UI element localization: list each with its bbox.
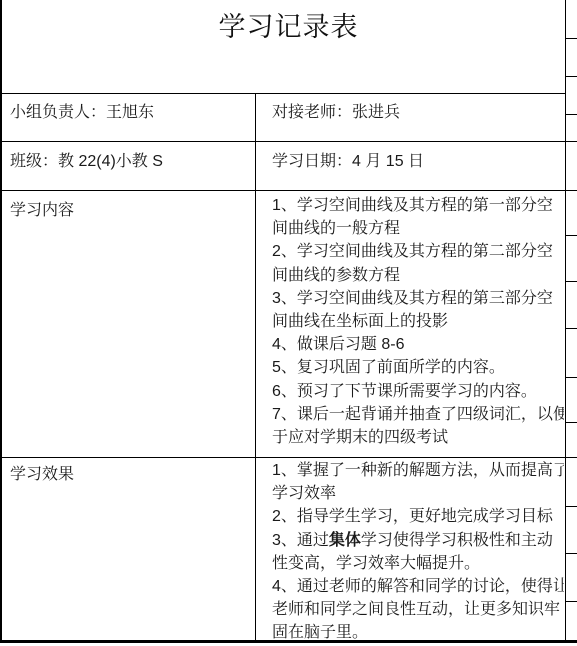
effect-cell: 1、掌握了一种新的解题方法，从而提高了 学习效率 2、指导学生学习，更好地完成学… <box>272 459 564 644</box>
content-line: 1、学习空间曲线及其方程的第一部分空 <box>272 194 564 217</box>
table-border-left <box>0 0 2 643</box>
row-divider-1 <box>0 141 577 142</box>
adjacent-row-tick <box>566 281 577 282</box>
adjacent-row-tick <box>566 377 577 378</box>
page-title: 学习记录表 <box>0 5 577 44</box>
adjacent-row-tick <box>566 601 577 602</box>
effect-line-suffix: 学习使得学习积极性和主动 <box>361 532 553 549</box>
adjacent-row-tick <box>566 38 577 39</box>
study-record-document: 学习记录表 小组负责人：王旭东 对接老师：张进兵 班级：教 22(4)小教 S … <box>0 0 577 646</box>
cell-class: 班级：教 22(4)小教 S <box>10 148 163 171</box>
adjacent-row-tick <box>566 422 577 423</box>
content-line: 间曲线的一般方程 <box>272 217 564 240</box>
cell-study-date: 学习日期：4 月 15 日 <box>272 148 424 171</box>
effect-line-prefix: 3、通过 <box>272 532 329 549</box>
content-line: 间曲线在坐标面上的投影 <box>272 310 564 333</box>
adjacent-row-tick <box>566 114 577 115</box>
content-line: 3、学习空间曲线及其方程的第三部分空 <box>272 287 564 310</box>
content-line: 间曲线的参数方程 <box>272 264 564 287</box>
effect-line: 2、指导学生学习，更好地完成学习目标 <box>272 505 564 528</box>
cell-group-leader: 小组负责人：王旭东 <box>10 99 154 122</box>
content-line: 6、预习了下节课所需要学习的内容。 <box>272 380 564 403</box>
effect-line: 固在脑子里。 <box>272 621 564 644</box>
cell-teacher: 对接老师：张进兵 <box>272 99 400 122</box>
effect-line: 性变高，学习效率大幅提升。 <box>272 552 564 575</box>
row-divider-2 <box>0 190 577 191</box>
effect-line: 4、通过老师的解答和同学的讨论，使得让 <box>272 575 564 598</box>
content-line: 5、复习巩固了前面所学的内容。 <box>272 356 564 379</box>
adjacent-row-tick <box>566 76 577 77</box>
content-line: 2、学习空间曲线及其方程的第二部分空 <box>272 240 564 263</box>
row-divider-3 <box>0 457 577 458</box>
effect-row-label: 学习效果 <box>10 461 74 484</box>
adjacent-row-tick <box>566 553 577 554</box>
adjacent-row-tick <box>566 328 577 329</box>
effect-line: 学习效率 <box>272 482 564 505</box>
content-line: 4、做课后习题 8-6 <box>272 333 564 356</box>
adjacent-row-tick <box>566 506 577 507</box>
content-line: 于应对学期末的四级考试 <box>272 426 564 449</box>
table-border-top <box>0 93 566 94</box>
effect-line-with-bold: 3、通过集体学习使得学习积极性和主动 <box>272 529 564 552</box>
effect-line: 1、掌握了一种新的解题方法，从而提高了 <box>272 459 564 482</box>
content-cell: 1、学习空间曲线及其方程的第一部分空 间曲线的一般方程 2、学习空间曲线及其方程… <box>272 194 564 456</box>
content-row-label: 学习内容 <box>10 197 74 220</box>
effect-line-bold-term: 集体 <box>329 532 361 549</box>
table-border-right <box>565 0 566 643</box>
table-column-divider <box>255 93 256 643</box>
adjacent-row-tick <box>566 235 577 236</box>
content-line: 7、课后一起背诵并抽查了四级词汇，以便 <box>272 403 564 426</box>
effect-line: 老师和同学之间良性互动，让更多知识牢 <box>272 598 564 621</box>
